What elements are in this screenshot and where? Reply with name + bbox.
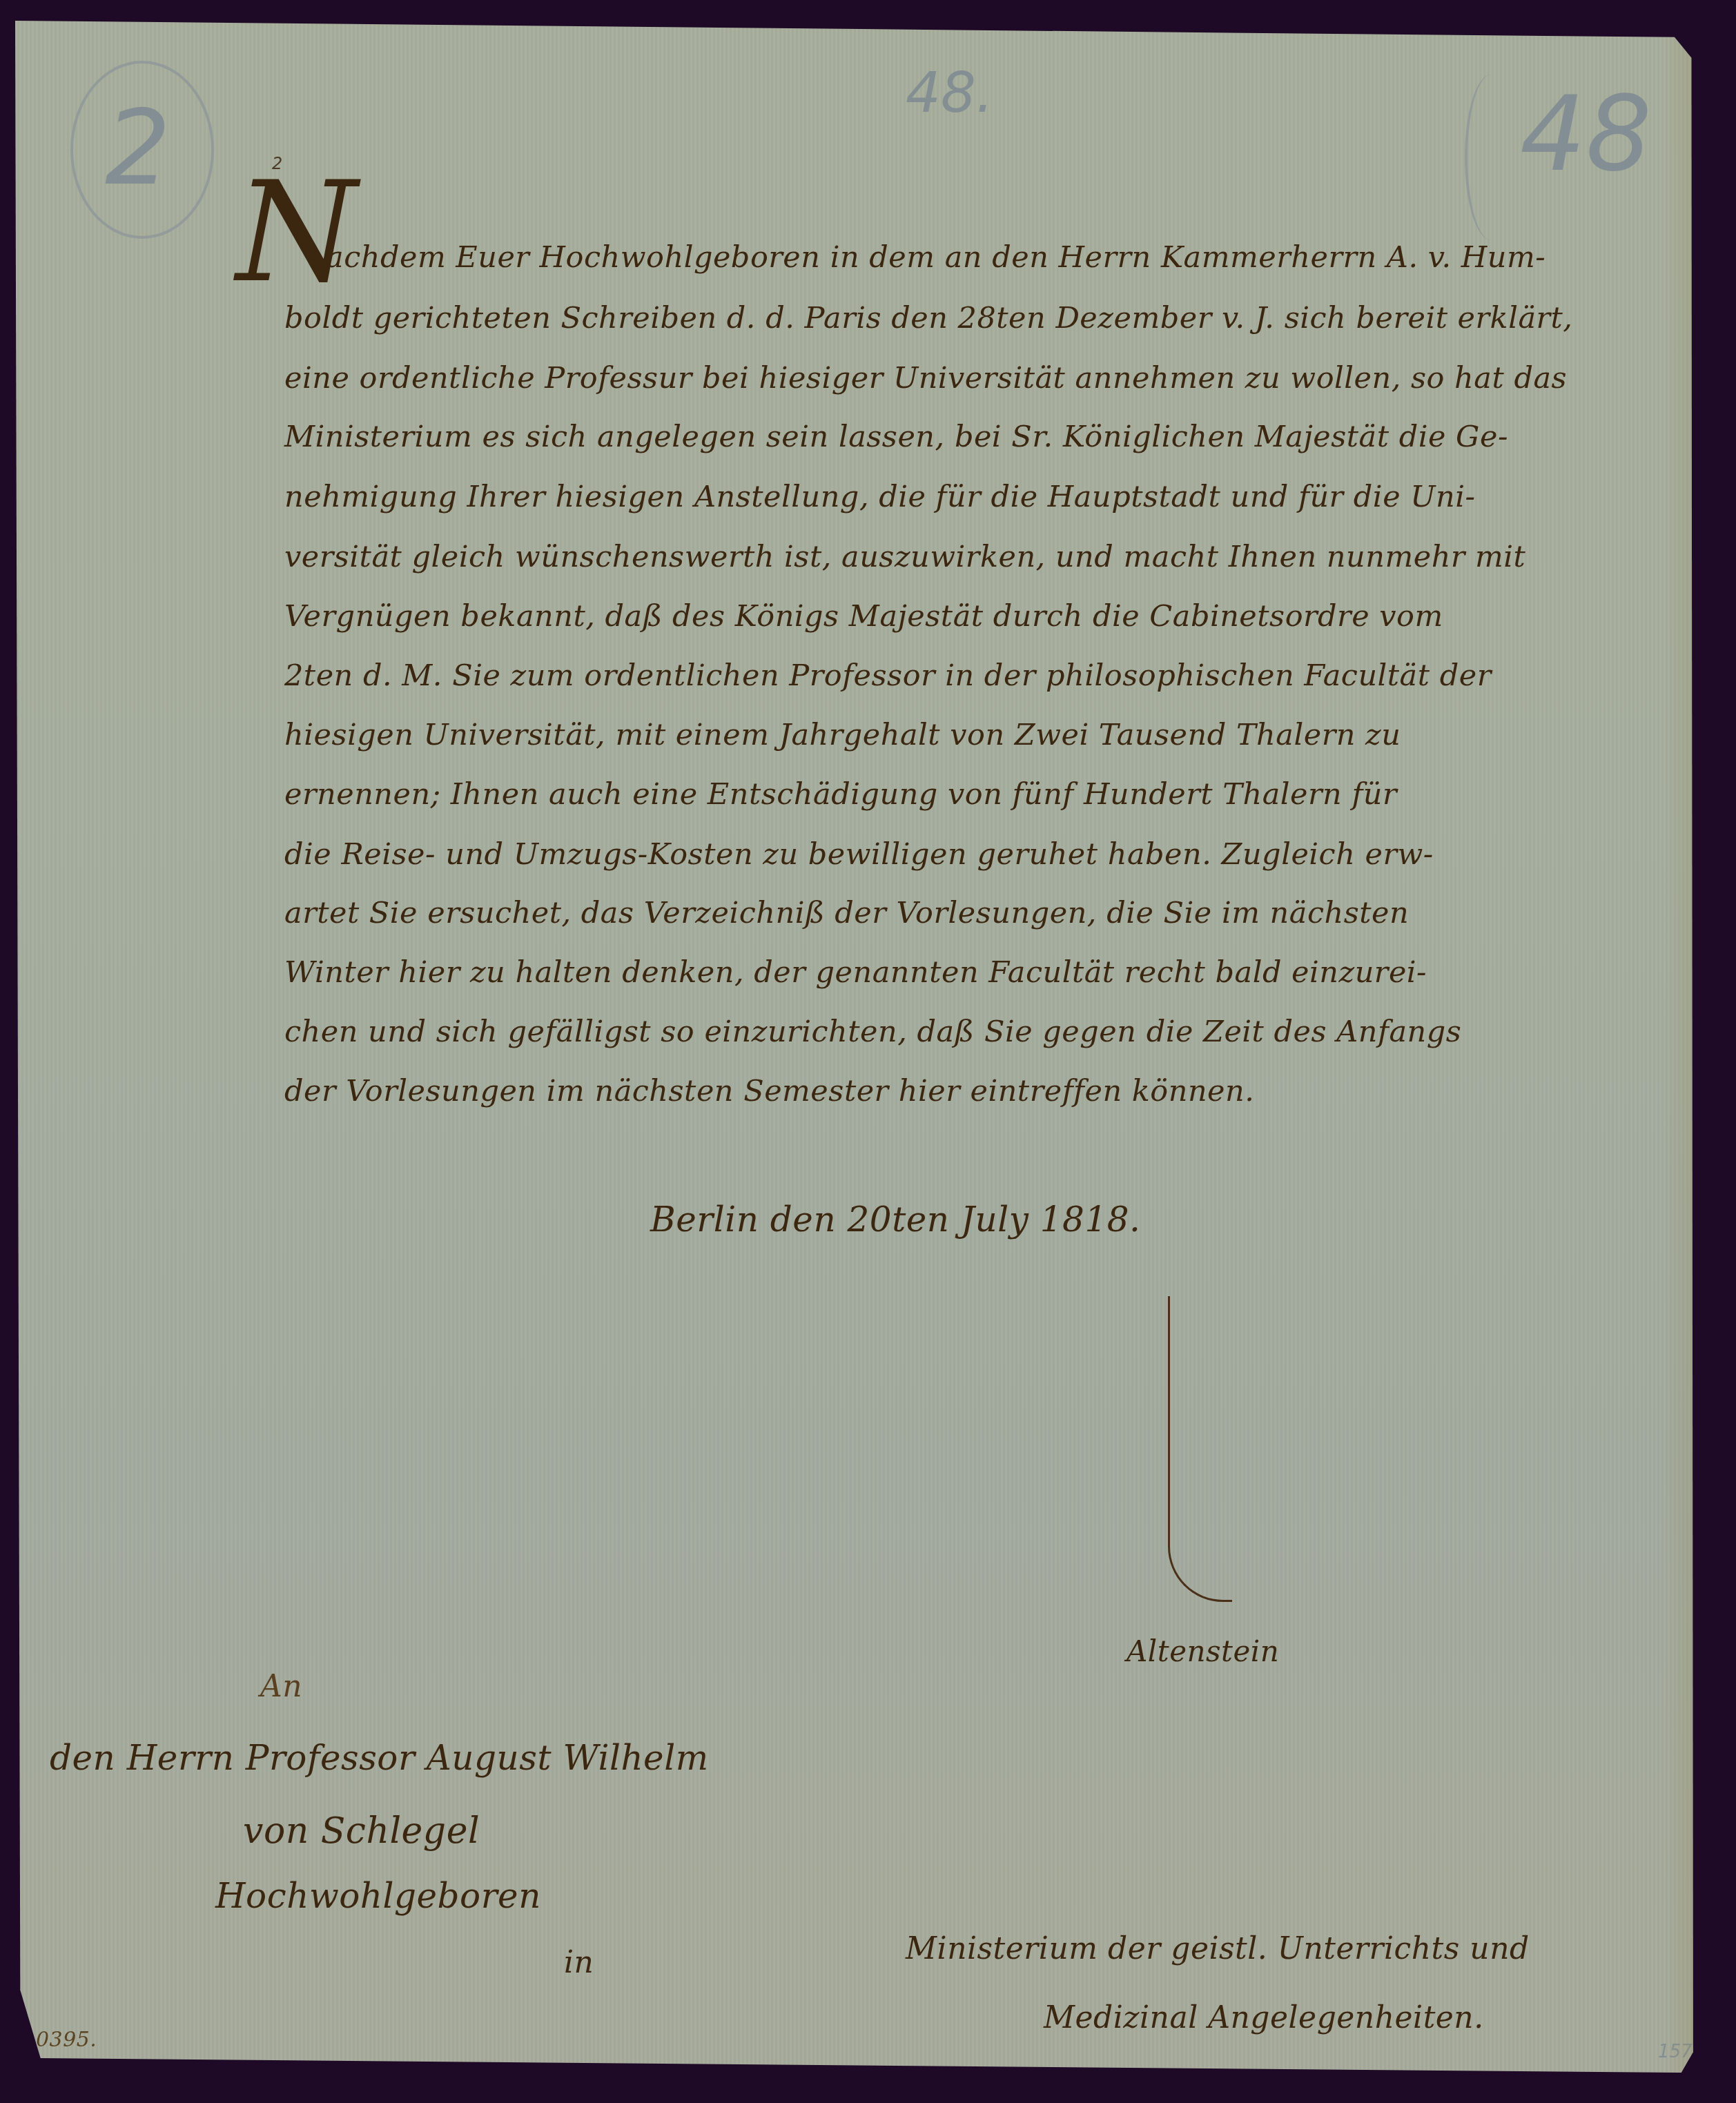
- archive-paren-mark: [1465, 75, 1509, 240]
- sender-line-1: Ministerium der geistl. Unterrichts und: [906, 1931, 1530, 1966]
- body-line-10: ernennen; Ihnen auch eine Entschädigung …: [284, 777, 1397, 812]
- archive-circled-number: 2: [105, 88, 170, 208]
- address-prefix: An: [260, 1669, 302, 1704]
- address-line-1: den Herrn Professor August Wilhelm: [50, 1738, 709, 1778]
- body-line-3: eine ordentliche Professur bei hiesiger …: [284, 361, 1567, 395]
- archive-bottom-left-number: 0395.: [36, 2028, 97, 2052]
- body-line-15: der Vorlesungen im nächsten Semester hie…: [284, 1074, 1254, 1108]
- body-line-1: achdem Euer Hochwohlgeboren in dem an de…: [326, 240, 1545, 275]
- body-line-5: nehmigung Ihrer hiesigen Anstellung, die…: [284, 480, 1475, 514]
- body-line-2: boldt gerichteten Schreiben d. d. Paris …: [284, 301, 1573, 335]
- signature: Altenstein: [1127, 1634, 1279, 1668]
- body-line-13: Winter hier zu halten denken, der genann…: [284, 955, 1427, 990]
- address-line-4: in: [564, 1945, 594, 1980]
- address-line-2: von Schlegel: [243, 1810, 480, 1852]
- body-line-7: Vergnügen bekannt, daß des Königs Majest…: [284, 599, 1443, 634]
- archive-top-right-number: 48: [1520, 75, 1652, 195]
- address-line-3: Hochwohlgeboren: [215, 1876, 541, 1916]
- document-page: 2 48. 48 2 N achdem Euer Hochwohlgeboren…: [15, 12, 1705, 2073]
- body-line-11: die Reise- und Umzugs-Kosten zu bewillig…: [284, 837, 1434, 872]
- archive-top-center-number: 48.: [906, 61, 993, 125]
- body-line-12: artet Sie ersuchet, das Verzeichniß der …: [284, 896, 1409, 930]
- body-line-8: 2ten d. M. Sie zum ordentlichen Professo…: [284, 658, 1492, 693]
- sender-line-2: Medizinal Angelegenheiten.: [1044, 2000, 1484, 2035]
- body-line-4: Ministerium es sich angelegen sein lasse…: [284, 420, 1508, 454]
- body-line-14: chen und sich gefälligst so einzurichten…: [284, 1015, 1461, 1049]
- body-line-6: versität gleich wünschenswerth ist, ausz…: [284, 540, 1525, 574]
- drop-initial: N: [236, 164, 357, 302]
- archive-bottom-right-number: 157: [1658, 2042, 1693, 2062]
- body-line-9: hiesigen Universität, mit einem Jahrgeha…: [284, 718, 1401, 752]
- signature-flourish: [1168, 1296, 1232, 1602]
- dateline: Berlin den 20ten July 1818.: [650, 1200, 1140, 1240]
